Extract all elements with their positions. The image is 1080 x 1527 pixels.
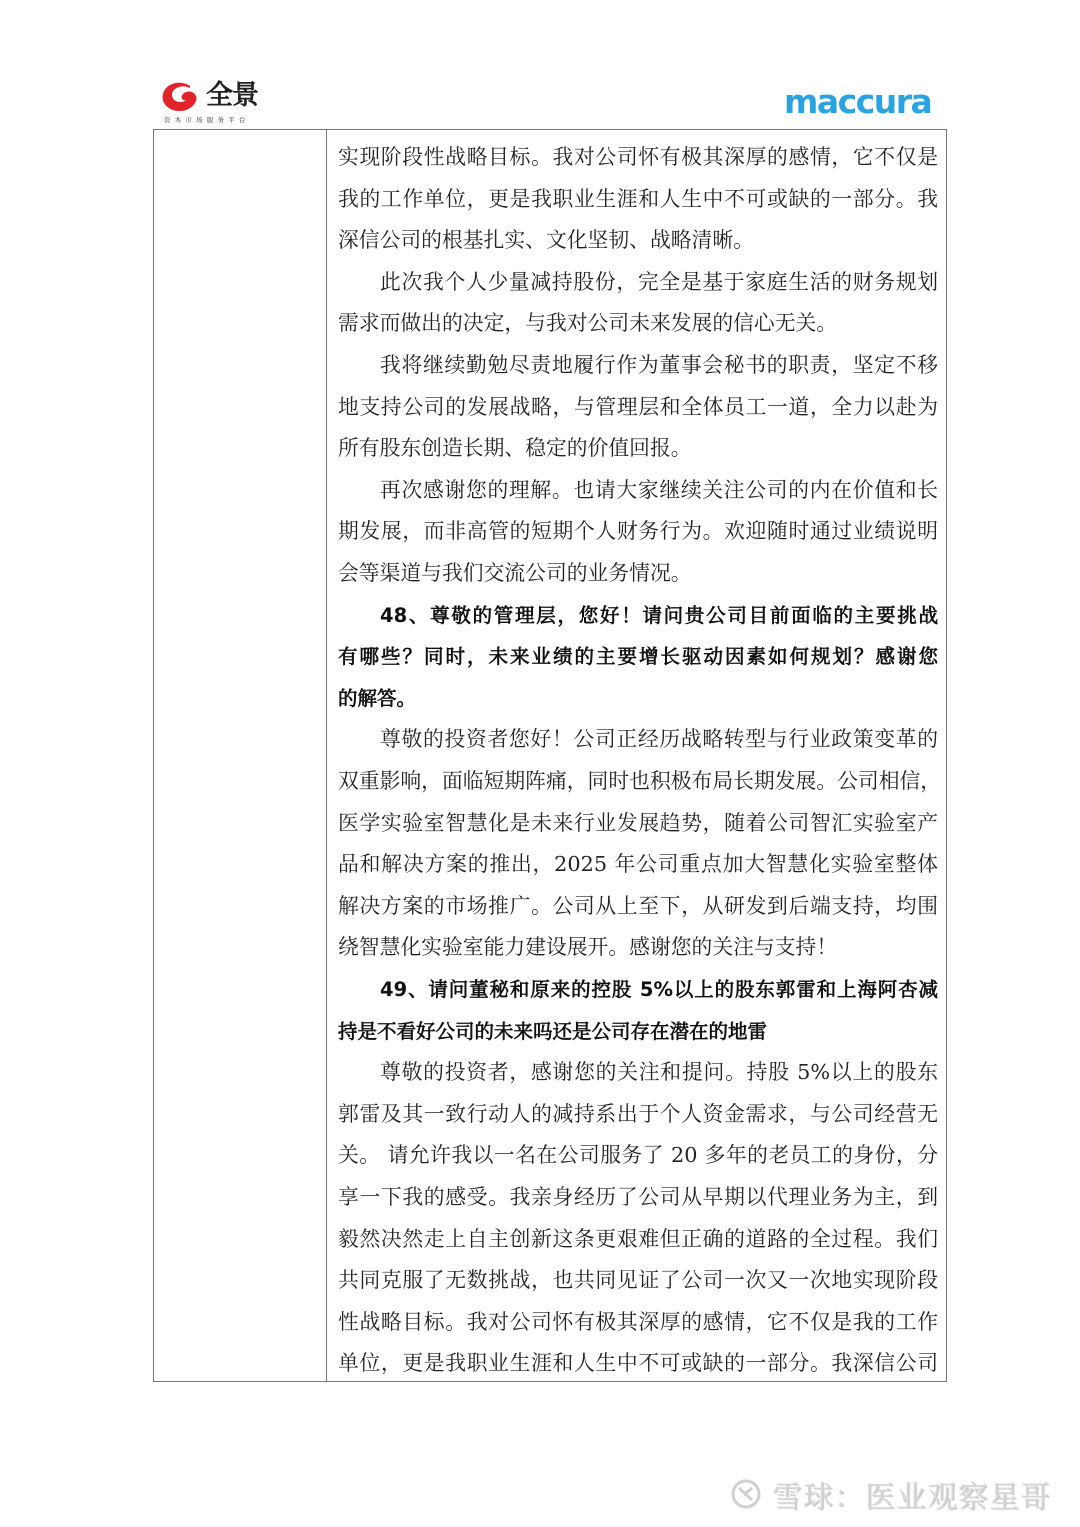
answer-line: 绕智慧化实验室能力建设展开。感谢您的关注与支持！	[338, 927, 938, 969]
question-line: 的解答。	[338, 678, 938, 720]
quanjing-logo-tagline: 资本市场服务平台	[164, 115, 250, 124]
answer-line: 性战略目标。我对公司怀有极其深厚的感情，它不仅是我的工作	[338, 1302, 938, 1344]
snowball-logo-icon	[730, 1478, 762, 1510]
answer-line: 需求而做出的决定，与我对公司未来发展的信心无关。	[338, 303, 938, 345]
answer-line: 期发展，而非高管的短期个人财务行为。欢迎随时通过业绩说明	[338, 511, 938, 553]
quanjing-swirl-icon	[160, 80, 204, 114]
answer-line: 双重影响，面临短期阵痛，同时也积极布局长期发展。公司相信，	[338, 761, 938, 803]
answer-line: 深信公司的根基扎实、文化坚韧、战略清晰。	[338, 220, 938, 262]
table-right-cell: 实现阶段性战略目标。我对公司怀有极其深厚的感情，它不仅是我的工作单位，更是我职业…	[328, 130, 946, 1381]
answer-line: 毅然决然走上自主创新这条更艰难但正确的道路的全过程。我们	[338, 1219, 938, 1261]
answer-line: 品和解决方案的推出，2025 年公司重点加大智慧化实验室整体	[338, 844, 938, 886]
answer-line: 此次我个人少量减持股份，完全是基于家庭生活的财务规划	[338, 262, 938, 304]
answer-line: 单位，更是我职业生涯和人生中不可或缺的一部分。我深信公司	[338, 1343, 938, 1385]
answer-line: 享一下我的感受。我亲身经历了公司从早期以代理业务为主，到	[338, 1177, 938, 1219]
answer-line: 解决方案的市场推广。公司从上至下，从研发到后端支持，均围	[338, 886, 938, 928]
watermark-platform: 雪球	[772, 1472, 834, 1516]
question-line: 48、尊敬的管理层，您好！请问贵公司目前面临的主要挑战	[338, 595, 938, 637]
question-line: 49、请问董秘和原来的控股 5%以上的股东郭雷和上海阿杏减	[338, 969, 938, 1011]
content-table: 实现阶段性战略目标。我对公司怀有极其深厚的感情，它不仅是我的工作单位，更是我职业…	[153, 129, 947, 1382]
watermark-author: 医业观察星哥	[865, 1472, 1051, 1516]
answer-line: 所有股东创造长期、稳定的价值回报。	[338, 428, 938, 470]
table-left-cell	[154, 130, 327, 1381]
question-line: 持是不看好公司的未来吗还是公司存在潜在的地雷	[338, 1011, 938, 1053]
answer-line: 再次感谢您的理解。也请大家继续关注公司的内在价值和长	[338, 470, 938, 512]
answer-line: 我将继续勤勉尽责地履行作为董事会秘书的职责，坚定不移	[338, 345, 938, 387]
answer-line: 郭雷及其一致行动人的减持系出于个人资金需求，与公司经营无	[338, 1094, 938, 1136]
quanjing-logo: 全景 资本市场服务平台	[160, 78, 270, 126]
answer-line: 尊敬的投资者您好！公司正经历战略转型与行业政策变革的	[338, 719, 938, 761]
answer-line: 共同克服了无数挑战，也共同见证了公司一次又一次地实现阶段	[338, 1260, 938, 1302]
question-line: 有哪些？同时，未来业绩的主要增长驱动因素如何规划？感谢您	[338, 636, 938, 678]
maccura-logo: maccura	[784, 84, 931, 120]
answer-line: 尊敬的投资者，感谢您的关注和提问。持股 5%以上的股东	[338, 1052, 938, 1094]
watermark-separator: ：	[834, 1472, 865, 1516]
quanjing-logo-name: 全景	[206, 80, 258, 112]
answer-line: 关。 请允许我以一名在公司服务了 20 多年的老员工的身份，分	[338, 1135, 938, 1177]
answer-line: 会等渠道与我们交流公司的业务情况。	[338, 553, 938, 595]
watermark: 雪球 ： 医业观察星哥	[730, 1472, 1051, 1516]
answer-line: 地支持公司的发展战略，与管理层和全体员工一道，全力以赴为	[338, 387, 938, 429]
answer-line: 医学实验室智慧化是未来行业发展趋势，随着公司智汇实验室产	[338, 803, 938, 845]
answer-line: 实现阶段性战略目标。我对公司怀有极其深厚的感情，它不仅是	[338, 137, 938, 179]
answer-line: 我的工作单位，更是我职业生涯和人生中不可或缺的一部分。我	[338, 179, 938, 221]
